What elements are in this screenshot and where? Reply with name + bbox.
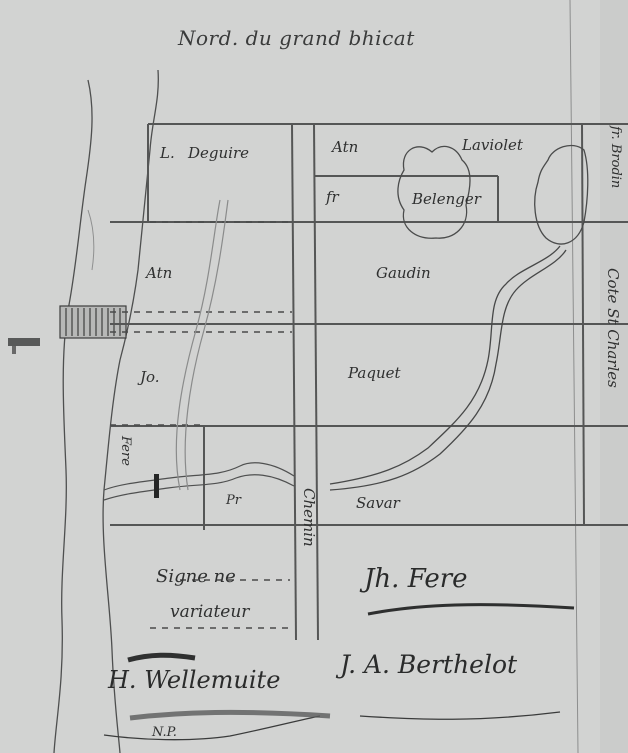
lot-savar-prefix: Pr bbox=[226, 494, 241, 507]
signature-left: H. Wellemuite bbox=[108, 668, 280, 692]
mill-label: Fere bbox=[119, 436, 132, 466]
map-title: Nord. du grand bhicat bbox=[178, 28, 415, 48]
road-label: Chemin bbox=[301, 488, 316, 547]
lot-belanger-prefix: fr bbox=[326, 190, 339, 205]
east-lot-label: fr. Brodin bbox=[609, 126, 622, 188]
lot-paquet-prefix: Jo. bbox=[140, 370, 160, 385]
historical-survey-map: Nord. du grand bhicat L. Deguire Atn Lav… bbox=[0, 0, 628, 753]
lot-gaudin-name: Gaudin bbox=[376, 266, 431, 281]
lot-laviolet-name: Laviolet bbox=[462, 138, 523, 153]
lot-paquet-name: Paquet bbox=[348, 366, 401, 381]
signature-fere: Jh. Fere bbox=[364, 566, 468, 592]
mill-block bbox=[60, 306, 126, 338]
notary-mark: N.P. bbox=[152, 726, 177, 739]
lot-savar-name: Savar bbox=[356, 496, 400, 511]
lot-deguire-name: Deguire bbox=[188, 146, 249, 161]
lot-laviolet-prefix: Atn bbox=[332, 140, 358, 155]
lot-deguire-prefix: L. bbox=[160, 146, 175, 161]
signature-berthelot: J. A. Berthelot bbox=[340, 652, 517, 677]
note-line-2: variateur bbox=[170, 604, 249, 621]
cote-st-charles-label: Cote St Charles bbox=[605, 268, 620, 388]
lot-gaudin-prefix: Atn bbox=[146, 266, 172, 281]
note-line-1: Signe ne bbox=[156, 568, 236, 586]
lot-belanger-name: Belenger bbox=[412, 192, 481, 207]
map-drawing bbox=[0, 0, 628, 753]
